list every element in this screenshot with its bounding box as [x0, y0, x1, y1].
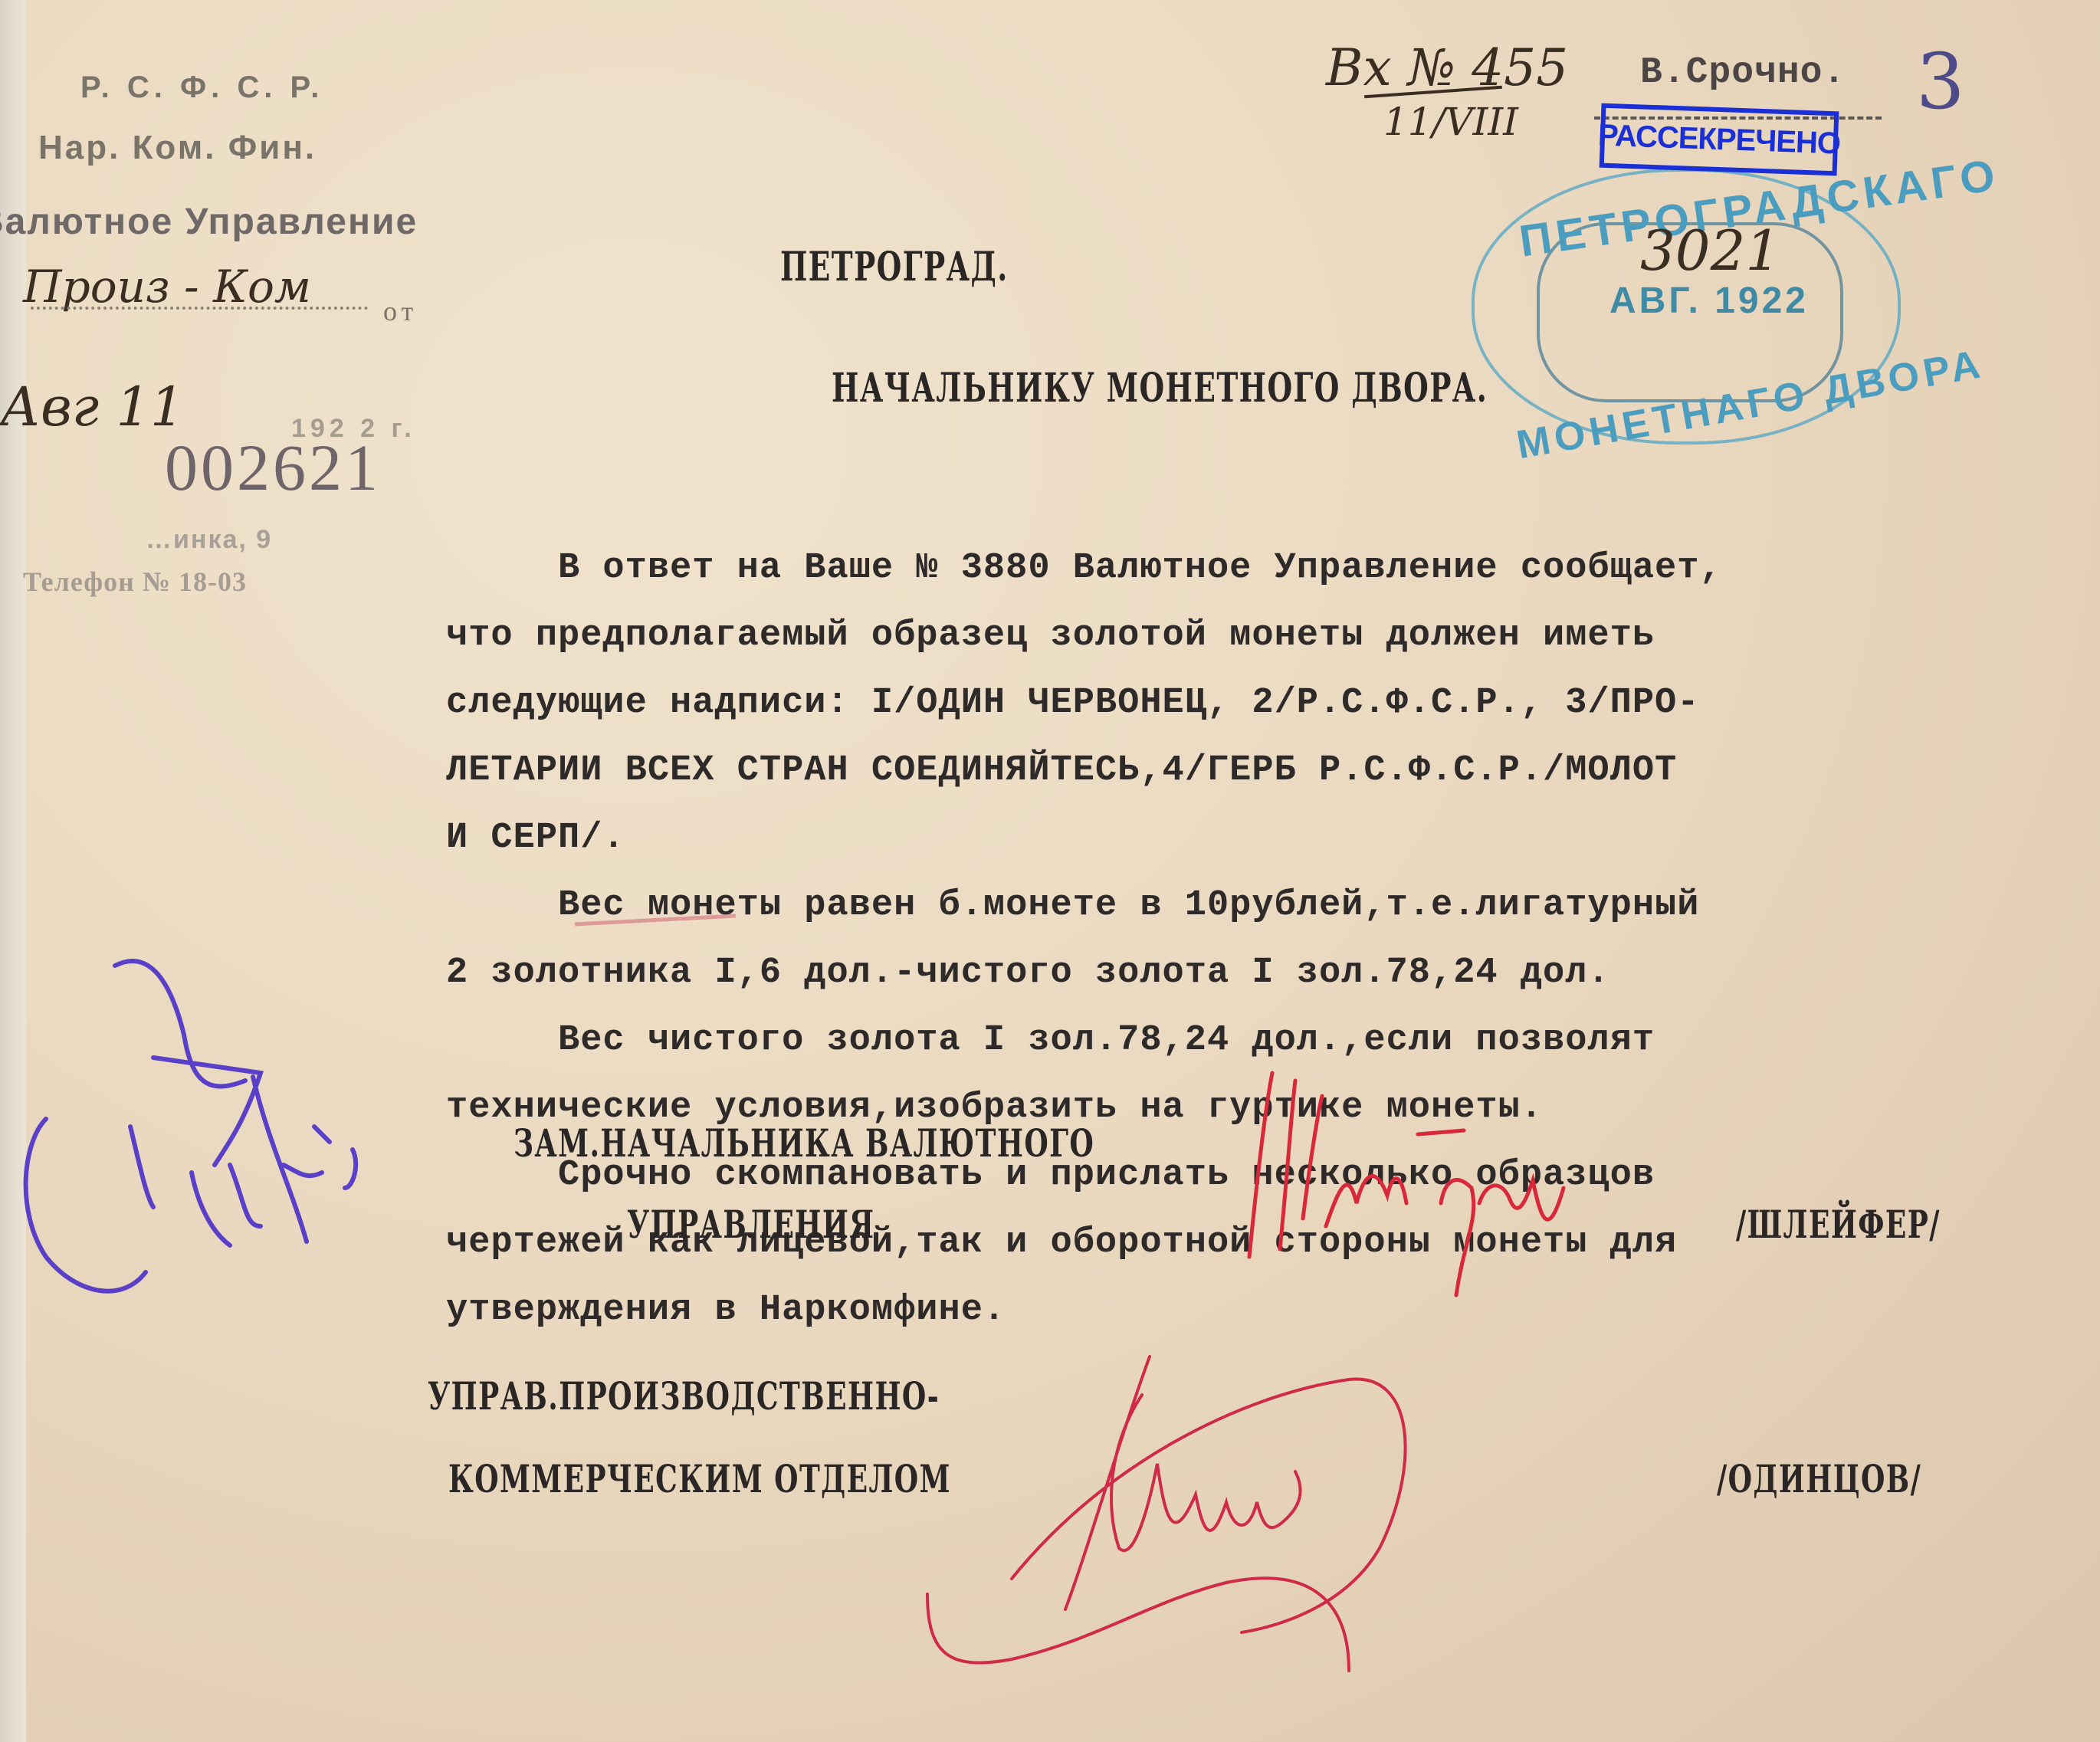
mint-stamp-handwritten-number: 3021: [1640, 218, 1780, 283]
signature-shleifer-icon: [1226, 1065, 1655, 1318]
body-line: следующие надписи: I/ОДИН ЧЕРВОНЕЦ, 2/Р.…: [446, 684, 2010, 723]
from-label: от: [383, 295, 418, 327]
body-line: что предполагаемый образец золотой монет…: [446, 616, 2010, 656]
signatory2-name: /ОДИНЦОВ/: [1717, 1456, 1921, 1501]
letterhead-ministry: Нар. Ком. Фин.: [38, 129, 317, 167]
signatory1-title-line1: ЗАМ.НАЧАЛЬНИКА ВАЛЮТНОГО: [514, 1120, 1094, 1166]
body-line: И СЕРП/.: [446, 819, 2010, 858]
letterhead-department: Валютное Управление: [0, 201, 418, 243]
signature-odintsov-icon: [920, 1349, 1686, 1686]
margin-note-date: 15/VIII: [184, 1096, 187, 1097]
handwritten-division: Произ - Ком: [23, 261, 311, 313]
signatory2-title-line1: УПРАВ.ПРОИЗВОДСТВЕННО-: [428, 1373, 940, 1419]
signatory2-title-line2: КОММЕРЧЕСКИМ ОТДЕЛОМ: [448, 1456, 951, 1501]
margin-handwritten-note-icon: [15, 943, 383, 1326]
body-line: Вес чистого золота I зол.78,24 дол.,если…: [446, 1021, 2010, 1061]
handwritten-incoming-sub: 11/VIII: [1383, 100, 1518, 144]
body-line: 2 золотника I,6 дол.-чистого золота I зо…: [446, 953, 2010, 993]
body-line: В ответ на Ваше № 3880 Валютное Управлен…: [446, 549, 2010, 589]
page-edge: [0, 0, 26, 1742]
signatory1-name: /ШЛЕЙФЕР/: [1736, 1202, 1941, 1247]
addressee-heading: НАЧАЛЬНИКУ МОНЕТНОГО ДВОРА.: [832, 365, 1488, 412]
signatory1-title-line2: УПРАВЛЕНИЯ: [627, 1202, 874, 1247]
city-heading: ПЕТРОГРАД.: [780, 244, 1009, 290]
letterhead-republic: Р. С. Ф. С. Р.: [80, 71, 323, 105]
handwritten-incoming-number: Вх № 455: [1326, 38, 1568, 97]
letterhead-phone: Телефон № 18-03: [23, 566, 247, 598]
letterhead-address: …инка, 9: [146, 525, 272, 555]
declassified-stamp: РАССЕКРЕЧЕНО: [1600, 103, 1839, 176]
mint-stamp-date: АВГ. 1922: [1609, 280, 1809, 322]
body-line: ЛЕТАРИИ ВСЕХ СТРАН СОЕДИНЯЙТЕСЬ,4/ГЕРБ Р…: [446, 751, 2010, 791]
page-number: 3: [1916, 37, 1965, 126]
handwritten-date: Авг 11: [0, 376, 184, 438]
outgoing-number: 002621: [165, 429, 381, 506]
urgency-label: В.Срочно.: [1640, 52, 1846, 93]
letterhead-dotted-line: [31, 307, 368, 310]
